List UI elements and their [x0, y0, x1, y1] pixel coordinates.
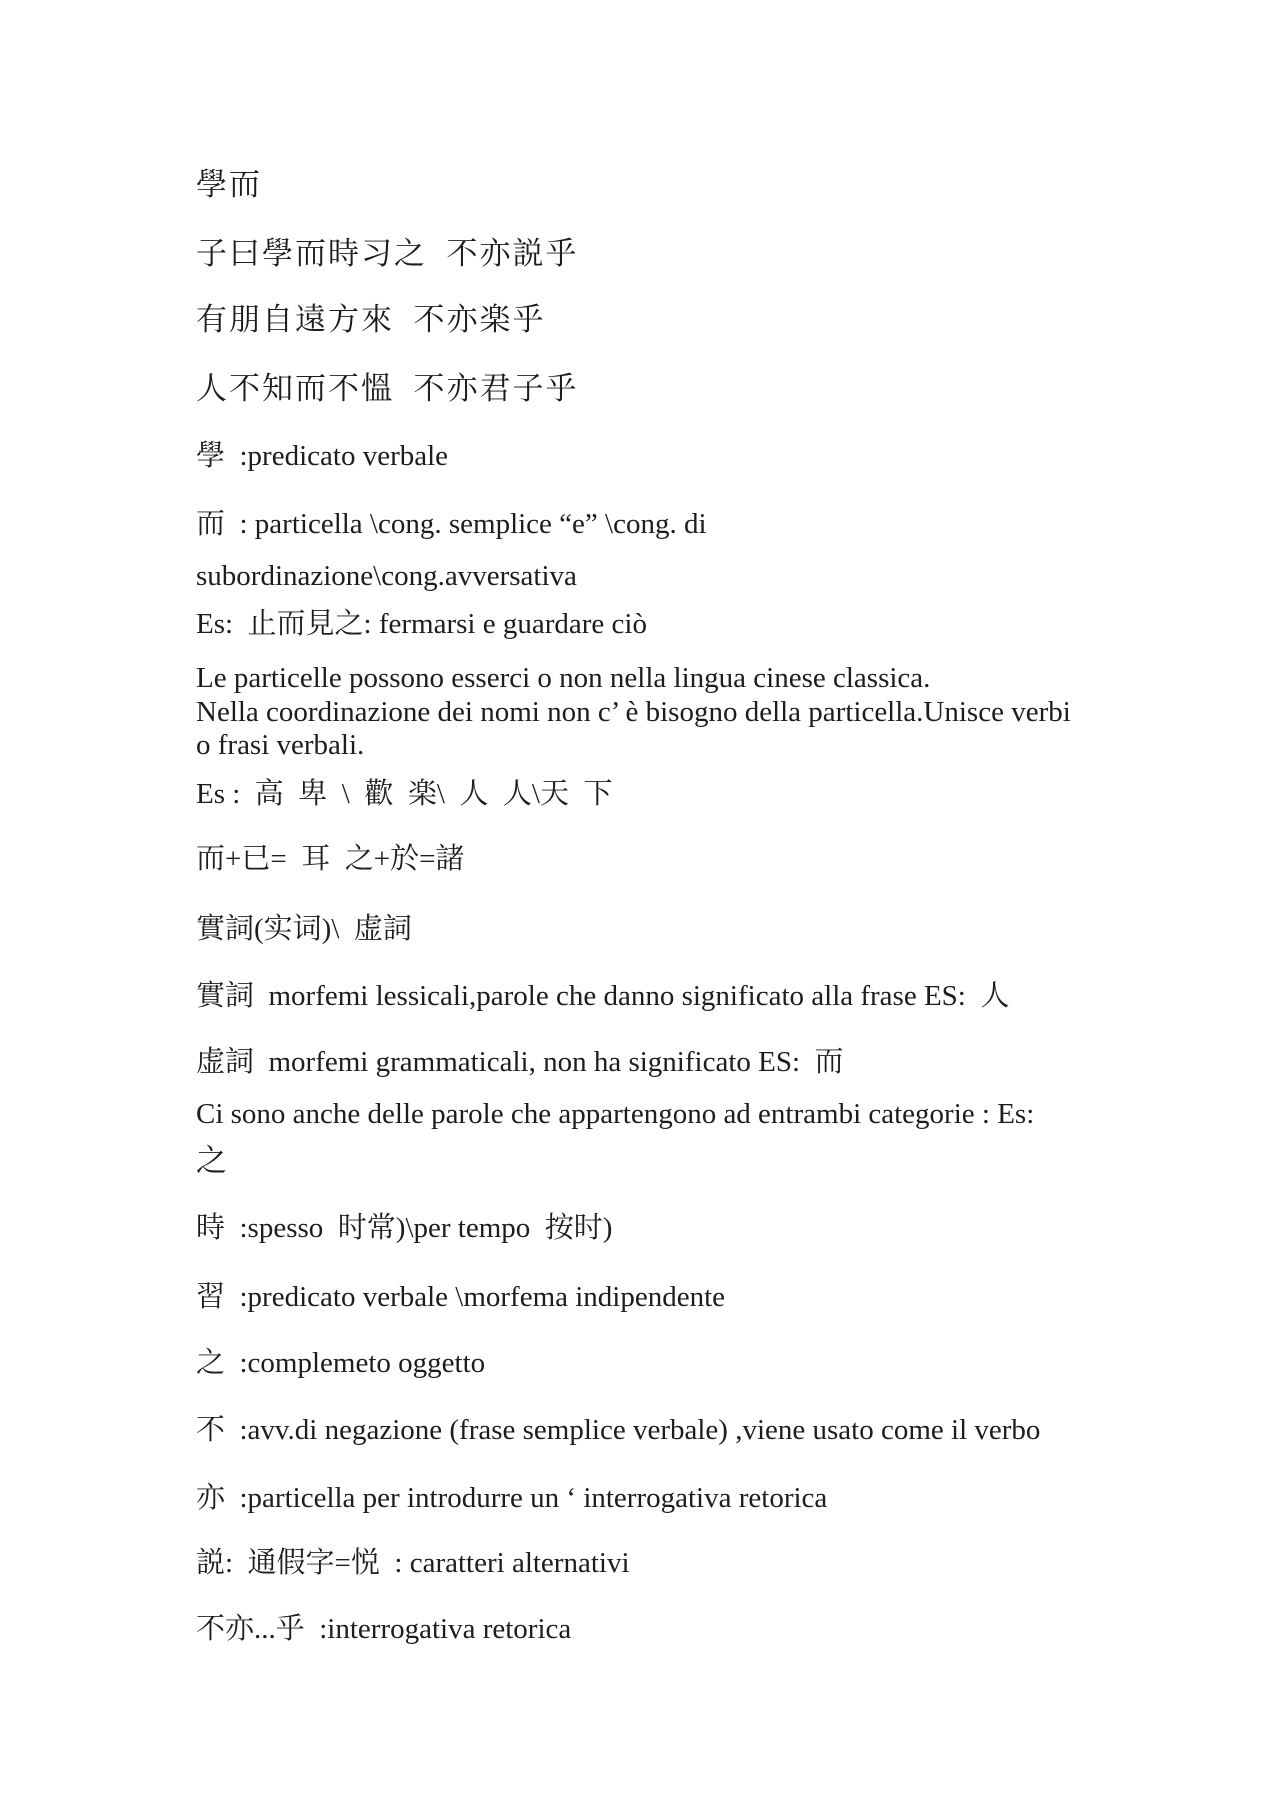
document-page: 學而 子曰學而時习之 不亦説乎 有朋自遠方來 不亦楽乎 人不知而不慍 不亦君子乎…	[0, 0, 1280, 1811]
text-line: Es : 高 卑 \ 歡 楽\ 人 人\天 下	[196, 777, 612, 811]
text-line: subordinazione\cong.avversativa	[196, 559, 577, 593]
text-line: 而+已= 耳 之+於=諸	[196, 842, 464, 876]
text-line: 子曰學而時习之 不亦説乎	[196, 237, 579, 271]
text-line: 實詞 morfemi lessicali,parole che danno si…	[196, 979, 1009, 1013]
text-line: 習 :predicato verbale \morfema indipenden…	[196, 1280, 725, 1314]
text-line: Le particelle possono esserci o non nell…	[196, 661, 930, 695]
text-line: 時 :spesso 时常)\per tempo 按时)	[196, 1211, 612, 1245]
text-line: Es: 止而見之: fermarsi e guardare ciò	[196, 607, 647, 641]
text-line: 亦 :particella per introdurre un ‘ interr…	[196, 1481, 827, 1515]
chapter-title-line: 學而	[196, 168, 262, 202]
text-line: 之 :complemeto oggetto	[196, 1346, 485, 1380]
text-line: 不 :avv.di negazione (frase semplice verb…	[196, 1413, 1040, 1447]
text-line: o frasi verbali.	[196, 728, 364, 762]
text-line: 學 :predicato verbale	[196, 439, 448, 473]
text-line: 之	[196, 1144, 229, 1178]
text-line: 説: 通假字=悦 : caratteri alternativi	[196, 1546, 630, 1580]
text-line: 不亦...乎 :interrogativa retorica	[196, 1612, 571, 1646]
text-line: 有朋自遠方來 不亦楽乎	[196, 303, 546, 337]
text-line: Nella coordinazione dei nomi non c’ è bi…	[196, 695, 1071, 729]
text-line: 而 : particella \cong. semplice “e” \cong…	[196, 507, 707, 541]
text-line: 人不知而不慍 不亦君子乎	[196, 372, 579, 406]
text-line: 虚詞 morfemi grammaticali, non ha signific…	[196, 1045, 844, 1079]
text-line: 實詞(实词)\ 虚詞	[196, 912, 412, 946]
text-line: Ci sono anche delle parole che apparteng…	[196, 1097, 1034, 1131]
